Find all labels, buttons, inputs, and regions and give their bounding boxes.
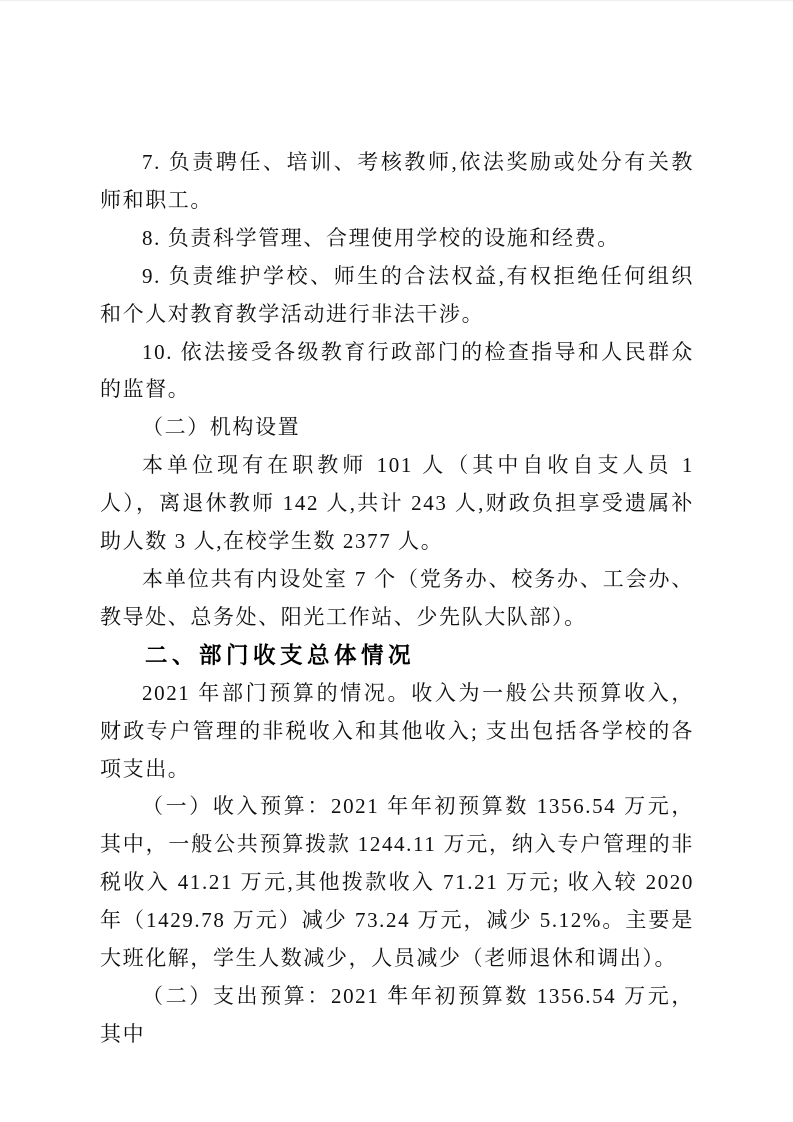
list-item-duty-10: 10. 依法接受各级教育行政部门的检查指导和人民群众的监督。 [100, 334, 694, 410]
paragraph-income-budget: （一）收入预算：2021 年年初预算数 1356.54 万元，其中，一般公共预算… [100, 788, 694, 978]
list-item-duty-7: 7. 负责聘任、培训、考核教师,依法奖励或处分有关教师和职工。 [100, 144, 694, 220]
section-heading-budget-overview: 二、部门收支总体情况 [100, 637, 694, 675]
list-item-duty-9: 9. 负责维护学校、师生的合法权益,有权拒绝任何组织和个人对教育教学活动进行非法… [100, 258, 694, 334]
paragraph-budget-intro: 2021 年部门预算的情况。收入为一般公共预算收入，财政专户管理的非税收入和其他… [100, 675, 694, 789]
document-page: 7. 负责聘任、培训、考核教师,依法奖励或处分有关教师和职工。 8. 负责科学管… [0, 0, 793, 1122]
list-item-duty-8: 8. 负责科学管理、合理使用学校的设施和经费。 [100, 220, 694, 258]
paragraph-staffing: 本单位现有在职教师 101 人（其中自收自支人员 1 人），离退休教师 142 … [100, 447, 694, 561]
subsection-heading-org-setup: （二）机构设置 [100, 409, 694, 447]
paragraph-internal-offices: 本单位共有内设处室 7 个（党务办、校务办、工会办、教导处、总务处、阳光工作站、… [100, 561, 694, 637]
page-number: 4 [0, 982, 793, 999]
document-body: 7. 负责聘任、培训、考核教师,依法奖励或处分有关教师和职工。 8. 负责科学管… [100, 144, 694, 1054]
